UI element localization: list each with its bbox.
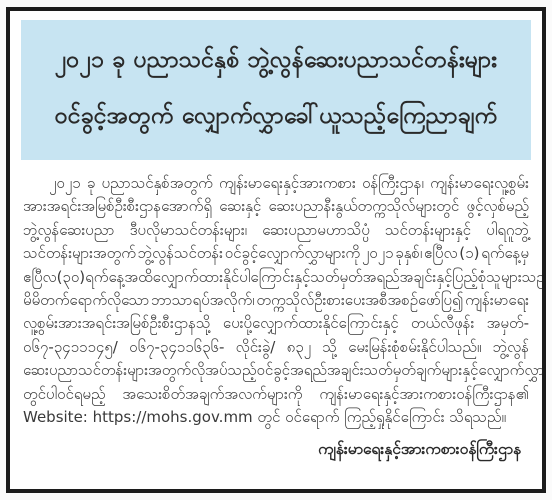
announcement-frame: ၂၀၂၁ ခု ပညာသင်နှစ် ဘွဲ့လွန်ဆေးပညာသင်တန်း… [6,7,546,493]
body-text-line: မိမိတက်ရောက်လိုသောဘာသာရပ်အလိုက်၊တက္ကသိုလ… [23,289,529,312]
announcement-title-line-1: ၂၀၂၁ ခု ပညာသင်နှစ် ဘွဲ့လွန်ဆေးပညာသင်တန်း… [55,45,497,79]
body-text-line: ဘွဲ့လွန်ဆေးပညာဒီပလိုမာသင်တန်းများ၊ဆေးပညာ… [23,219,529,242]
body-text-line: ၂၀၂၁ခုပညာသင်နှစ်အတွက်ကျန်းမာရေးနှင့်အားက… [23,172,529,195]
announcement-title-box: ၂၀၂၁ ခု ပညာသင်နှစ် ဘွဲ့လွန်ဆေးပညာသင်တန်း… [21,20,531,160]
body-text-line: တွင်ပါဝင်ရမည့်အသေးစိတ်အချက်အလက်များကိုကျ… [23,383,529,406]
announcement-page: ၂၀၂၁ ခု ပညာသင်နှစ် ဘွဲ့လွန်ဆေးပညာသင်တန်း… [0,0,552,500]
body-text-line: ဧပြီလ(၃၀)ရက်နေ့အထိလျှောက်ထားနိုင်ပါကြောင… [23,266,529,289]
signature-line: ကျန်းမာရေးနှင့်အားကစားဝန်ကြီးဌာန [21,439,531,462]
announcement-title-line-2: ဝင်ခွင့်အတွက် လျှောက်လွှာခေါ်ယူသည့်ကြေညာ… [55,101,498,135]
announcement-body: ၂၀၂၁ခုပညာသင်နှစ်အတွက်ကျန်းမာရေးနှင့်အားက… [21,172,531,429]
body-text-line: လူ့စွမ်းအားအရင်းအမြစ်ဦးစီးဌာနသို့ပေးပို့… [23,312,529,335]
body-text-line: သင်တန်းများအတွက်ဘွဲ့လွန်သင်တန်းဝင်ခွင့်လ… [23,242,529,265]
body-text-line: အားအရင်းအမြစ်ဦးစီးဌာနအောက်ရှိဆေးနှင့်ဆေး… [23,195,529,218]
body-text-line: ဆေးပညာသင်တန်းများအတွက်လိုအပ်သည့်ဝင်ခွင့်… [23,359,529,382]
body-text-line: Website: https://mohs.gov.mm တွင် ဝင်ရော… [23,406,529,429]
body-text-line: ၀၆၇-၃၄၁၁၁၄၅/၀၆၇-၃၄၁၁၆၃၆-လိုင်းခွဲ/၈၃၂သို… [23,336,529,359]
